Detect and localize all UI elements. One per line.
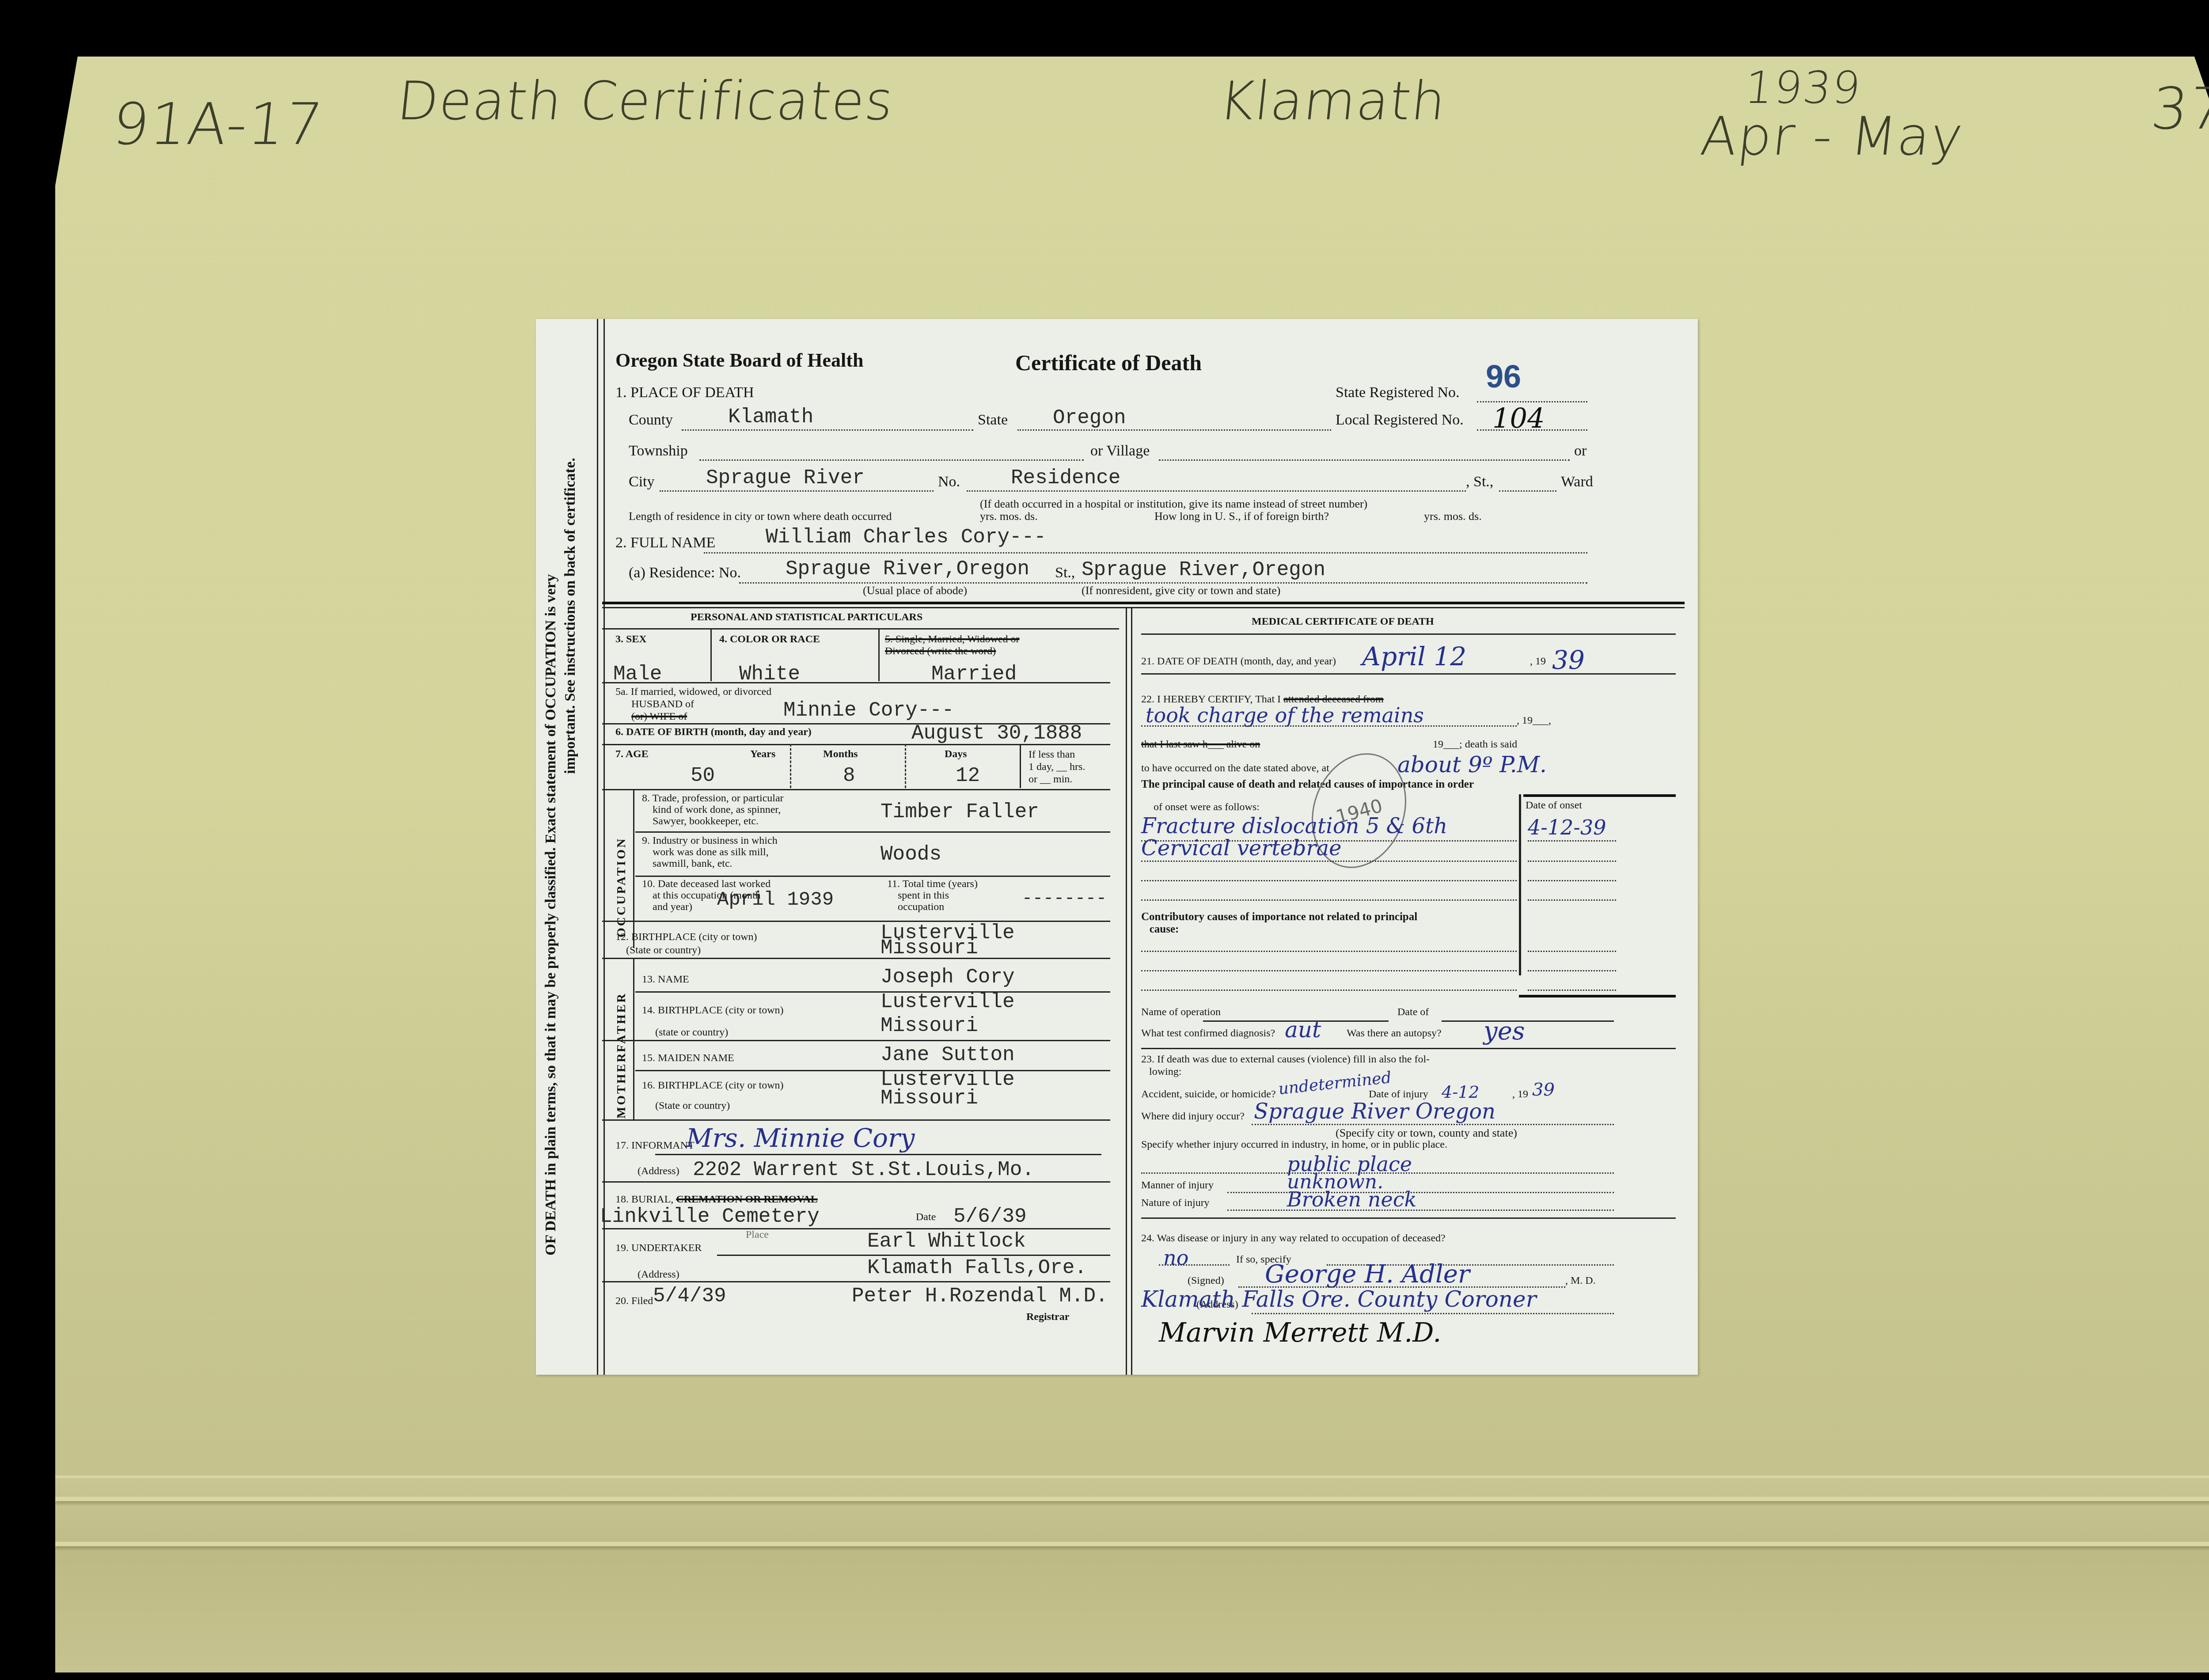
mother-birthplace-label: 16. BIRTHPLACE (city or town) (State or … — [642, 1075, 784, 1116]
test-value: aut — [1285, 1017, 1321, 1043]
informant-address-label: (Address) — [638, 1165, 679, 1177]
death-said-label: 19___; death is said — [1433, 739, 1517, 751]
township-label: Township — [629, 443, 688, 459]
informant-label: 17. INFORMANT — [615, 1140, 695, 1152]
dob-label: 6. DATE OF BIRTH (month, day and year) — [615, 726, 812, 738]
issuer: Oregon State Board of Health — [615, 349, 863, 372]
personal-header: PERSONAL AND STATISTICAL PARTICULARS — [691, 611, 922, 623]
spouse-label: 5a. If married, widowed, or divorced HUS… — [615, 686, 771, 723]
folder-number: 37 — [2148, 75, 2209, 142]
signed-label: (Signed) — [1188, 1275, 1224, 1287]
occurred-label: to have occurred on the date stated abov… — [1141, 762, 1329, 774]
folder-months: Apr - May — [1698, 106, 1966, 167]
folder-title: Death Certificates — [395, 71, 897, 132]
date-of-onset-label: Date of onset — [1526, 800, 1582, 812]
certify-handwritten: took charge of the remains — [1146, 703, 1424, 727]
hospital-note: (If death occurred in a hospital or inst… — [980, 497, 1367, 511]
state-registered-no-label: State Registered No. — [1336, 384, 1459, 401]
burial-place: Linkville Cemetery — [600, 1205, 820, 1228]
manner-label: Manner of injury — [1141, 1179, 1214, 1191]
injury-year-prefix: , 19 — [1512, 1088, 1528, 1100]
father-name-label: 13. NAME — [642, 974, 689, 986]
residence-st: Sprague River,Oregon — [1082, 558, 1325, 581]
registrar-name: Peter H.Rozendal M.D. — [852, 1285, 1108, 1308]
industry-label: 9. Industry or business in which work wa… — [642, 835, 778, 869]
onset-label: of onset were as follows: — [1154, 801, 1260, 813]
local-registered-no: 104 — [1492, 402, 1545, 434]
full-name: William Charles Cory--- — [766, 526, 1046, 549]
operation-label: Name of operation — [1141, 1006, 1221, 1018]
spouse-value: Minnie Cory--- — [783, 699, 954, 722]
state-registered-no: 96 — [1486, 359, 1521, 395]
occurred-time: about 9º P.M. — [1397, 752, 1547, 777]
city-label: City — [629, 474, 655, 490]
mother-birthplace-state: Missouri — [881, 1087, 978, 1110]
state-label: State — [978, 412, 1008, 429]
where-value: Sprague River Oregon — [1254, 1099, 1495, 1124]
burial-date: 5/6/39 — [953, 1205, 1027, 1228]
physician-address: Klamath Falls Ore. County Coroner — [1141, 1286, 1537, 1312]
marital-label: 5. Single, Married, Widowed or Divorced … — [885, 633, 1020, 657]
total-time-label: 11. Total time (years) spent in this occ… — [887, 878, 978, 913]
undertaker-address: Klamath Falls,Ore. — [867, 1256, 1087, 1279]
father-name: Joseph Cory — [881, 966, 1015, 989]
date-of-death-label: 21. DATE OF DEATH (month, day, and year) — [1141, 656, 1336, 667]
filed-label: 20. Filed — [615, 1295, 653, 1307]
test-label: What test confirmed diagnosis? — [1141, 1028, 1275, 1039]
father-birthplace-label: 14. BIRTHPLACE (city or town) (state or … — [642, 999, 784, 1043]
months-label: Months — [823, 748, 858, 760]
years-label: Years — [750, 748, 775, 760]
residence-note-abode: (Usual place of abode) — [863, 584, 967, 597]
side-instruction-line2: important. See instructions on back of c… — [561, 284, 580, 1255]
mother-name-label: 15. MAIDEN NAME — [642, 1052, 734, 1064]
autopsy-label: Was there an autopsy? — [1347, 1028, 1442, 1039]
village-label: or Village — [1090, 443, 1150, 459]
street-no-label: No. — [938, 474, 960, 490]
specify-label: Specify whether injury occurred in indus… — [1141, 1139, 1447, 1151]
undertaker-label: 19. UNDERTAKER — [615, 1242, 702, 1254]
street-label: , St., — [1466, 474, 1493, 490]
md-label: , M. D. — [1565, 1275, 1596, 1287]
second-signature: Marvin Merrett M.D. — [1159, 1317, 1441, 1348]
last-saw-label: that I last saw h___ alive on — [1141, 739, 1260, 751]
full-name-label: 2. FULL NAME — [615, 535, 715, 551]
where-note: (Specify city or town, county and state) — [1336, 1126, 1517, 1140]
county-label: County — [629, 412, 673, 429]
undertaker-name: Earl Whitlock — [867, 1230, 1026, 1253]
cause-line-2: Cervical vertebrae — [1141, 836, 1342, 861]
folder-bottom-flap — [55, 1475, 2209, 1672]
foreign-birth-units: yrs. mos. ds. — [1424, 510, 1482, 523]
birthplace-label: 12. BIRTHPLACE (city or town) (State or … — [615, 930, 757, 957]
residence-label: (a) Residence: No. — [629, 565, 741, 581]
principal-cause-label: The principal cause of death and related… — [1141, 778, 1474, 791]
length-of-residence-label: Length of residence in city or town wher… — [629, 510, 892, 523]
street-no-value: Residence — [1011, 466, 1120, 489]
or-label: or — [1574, 443, 1587, 459]
total-time-value: -------- — [1022, 889, 1107, 909]
trade-value: Timber Faller — [881, 800, 1039, 823]
father-side-label: FATHER — [615, 992, 629, 1052]
residence-no: Sprague River,Oregon — [786, 557, 1029, 580]
cause-line-1: Fracture dislocation 5 & 6th — [1141, 814, 1447, 838]
operation-date-label: Date of — [1397, 1006, 1429, 1018]
occupation-related-label: 24. Was disease or injury in any way rel… — [1141, 1233, 1446, 1244]
nature-value: Broken neck — [1287, 1187, 1416, 1211]
dob-value: August 30,1888 — [911, 722, 1082, 745]
side-instruction-line1: OF DEATH in plain terms, so that it may … — [541, 284, 561, 1255]
father-birthplace-city: Lusterville — [881, 990, 1015, 1013]
occupation-side-label: OCCUPATION — [615, 837, 629, 937]
mother-name: Jane Sutton — [881, 1043, 1015, 1066]
injury-date-label: Date of injury — [1369, 1088, 1428, 1100]
trade-label: 8. Trade, profession, or particular kind… — [642, 793, 784, 827]
last-worked-value: April 1939 — [717, 889, 834, 911]
informant-signature: Mrs. Minnie Cory — [686, 1123, 915, 1153]
burial-label: 18. BURIAL, CREMATION OR REMOVAL — [615, 1194, 818, 1206]
registrar-label: Registrar — [1026, 1311, 1069, 1323]
residence-st-label: St., — [1055, 565, 1075, 581]
folder-crease — [55, 1497, 2209, 1501]
side-instructions: OF DEATH in plain terms, so that it may … — [536, 319, 596, 1375]
county-value: Klamath — [728, 406, 813, 429]
state-value: Oregon — [1053, 406, 1126, 429]
date-of-death-year-prefix: , 19 — [1530, 656, 1546, 667]
informant-address: 2202 Warrent St.St.Louis,Mo. — [693, 1158, 1034, 1181]
city-value: Sprague River — [706, 466, 865, 489]
ward-label: Ward — [1561, 474, 1593, 490]
physician-signature: George H. Adler — [1265, 1260, 1470, 1289]
filed-date: 5/4/39 — [653, 1285, 726, 1308]
father-birthplace-state: Missouri — [881, 1014, 978, 1037]
sex-label: 3. SEX — [615, 633, 647, 645]
autopsy-value: yes — [1484, 1017, 1525, 1046]
onset-date: 4-12-39 — [1528, 815, 1606, 839]
foreign-birth-label: How long in U. S., if of foreign birth? — [1154, 510, 1329, 523]
mother-side-label: MOTHER — [615, 1051, 629, 1119]
race-label: 4. COLOR OR RACE — [719, 633, 820, 645]
certify-year-label: , 19___, — [1517, 715, 1551, 727]
death-certificate: OF DEATH in plain terms, so that it may … — [536, 319, 1698, 1375]
folder-code: 91A-17 — [109, 91, 326, 158]
accident-label: Accident, suicide, or homicide? — [1141, 1088, 1276, 1100]
birthplace-state: Missouri — [881, 937, 978, 959]
age-label: 7. AGE — [615, 748, 649, 760]
place-of-death-label: 1. PLACE OF DEATH — [615, 384, 754, 401]
folder-county: Klamath — [1216, 71, 1450, 132]
length-of-residence-units: yrs. mos. ds. — [980, 510, 1038, 523]
nature-label: Nature of injury — [1141, 1197, 1210, 1209]
residence-note-nonresident: (If nonresident, give city or town and s… — [1082, 584, 1281, 597]
contributory-label: Contributory causes of importance not re… — [1141, 911, 1417, 936]
folder-crease — [55, 1542, 2209, 1546]
local-registered-no-label: Local Registered No. — [1336, 412, 1464, 429]
industry-value: Woods — [881, 843, 941, 866]
days-label: Days — [945, 748, 967, 760]
undertaker-address-label: (Address) — [638, 1269, 679, 1281]
injury-year: 39 — [1532, 1080, 1555, 1100]
burial-place-label: Place — [746, 1229, 769, 1241]
less-than-label: If less than 1 day, __ hrs. or __ min. — [1029, 748, 1085, 785]
age-months: 8 — [843, 764, 855, 787]
where-label: Where did injury occur? — [1141, 1111, 1245, 1123]
age-years: 50 — [691, 764, 715, 787]
occupation-related-value: no — [1163, 1246, 1188, 1270]
burial-date-label: Date — [916, 1211, 936, 1223]
date-of-death: April 12 — [1362, 641, 1466, 671]
medical-header: MEDICAL CERTIFICATE OF DEATH — [1252, 616, 1434, 628]
certificate-title: Certificate of Death — [1015, 350, 1202, 375]
age-days: 12 — [956, 764, 980, 787]
date-of-death-year: 39 — [1552, 645, 1585, 675]
